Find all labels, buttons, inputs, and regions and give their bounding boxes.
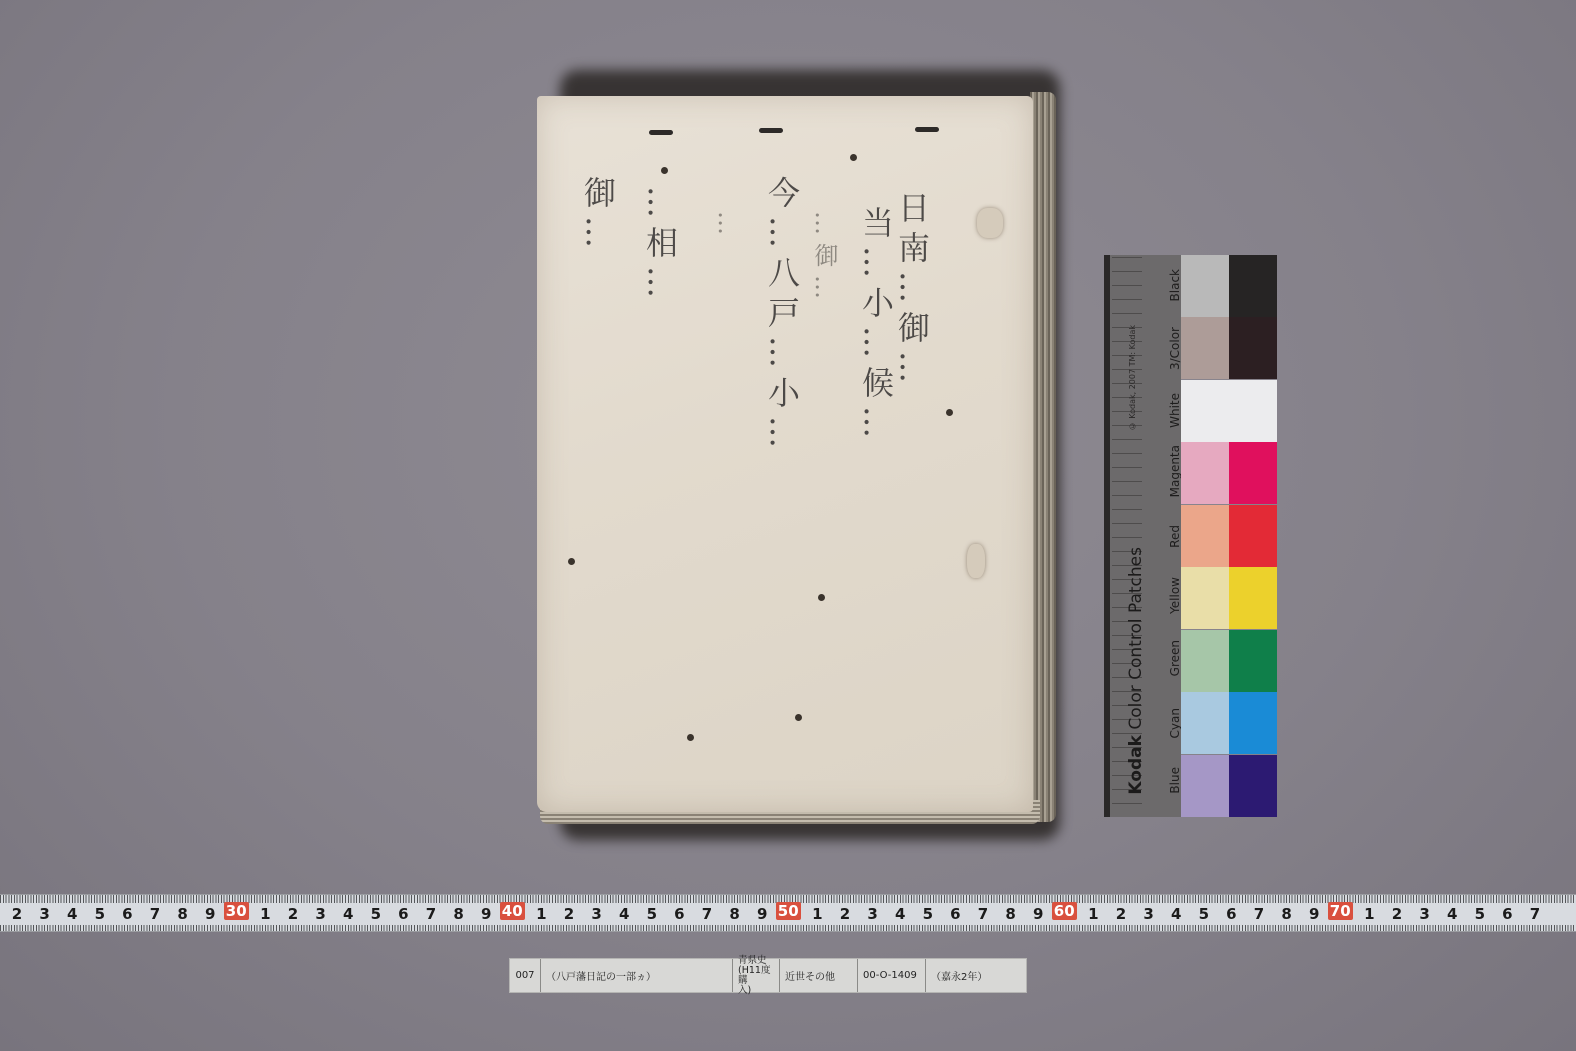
kodak-color-control-card: Kodak Color Control Patches © Kodak, 200… bbox=[1104, 255, 1277, 817]
tape-tick-label: 1 bbox=[533, 905, 549, 923]
tape-tick-label: 1 bbox=[1361, 905, 1377, 923]
tape-tick-label: 2 bbox=[285, 905, 301, 923]
text-column: … bbox=[713, 211, 741, 791]
paper-twist-knot bbox=[967, 544, 985, 578]
tape-tick-label: 4 bbox=[1168, 905, 1184, 923]
tape-tick-label: 4 bbox=[1444, 905, 1460, 923]
tape-tick-label: 9 bbox=[754, 905, 770, 923]
tape-tick-label: 6 bbox=[119, 905, 135, 923]
tape-tick-label: 2 bbox=[1113, 905, 1129, 923]
color-patch-black-dark bbox=[1229, 255, 1277, 317]
color-patch-red-dark bbox=[1229, 505, 1277, 567]
tape-tick-label: 9 bbox=[1030, 905, 1046, 923]
color-patch-green-light bbox=[1181, 630, 1229, 692]
tape-tick-label: 8 bbox=[175, 905, 191, 923]
color-patch-yellow-light bbox=[1181, 567, 1229, 629]
tape-tick-label: 9 bbox=[202, 905, 218, 923]
label-category: 近世その他 bbox=[780, 959, 858, 992]
tape-tick-label: 7 bbox=[699, 905, 715, 923]
label-source: 青県史 (H11度購 入) bbox=[733, 959, 780, 992]
tape-major-mark: 40 bbox=[500, 902, 525, 920]
patch-label-3color: 3/Color bbox=[1168, 327, 1182, 370]
tape-tick-label: 4 bbox=[340, 905, 356, 923]
stitch-hole bbox=[568, 558, 575, 565]
tape-tick-label: 7 bbox=[147, 905, 163, 923]
color-patch-green-dark bbox=[1229, 630, 1277, 692]
tape-tick-label: 7 bbox=[975, 905, 991, 923]
text-column: 当…小…候… bbox=[853, 206, 899, 826]
color-patch-red-light bbox=[1181, 505, 1229, 567]
label-title: （八戸藩日記の一部ヵ） bbox=[541, 959, 733, 992]
tape-tick-label: 8 bbox=[1279, 905, 1295, 923]
tape-tick-label: 3 bbox=[313, 905, 329, 923]
tape-major-mark: 70 bbox=[1328, 902, 1353, 920]
binding-mark bbox=[649, 130, 673, 135]
label-date: （嘉永2年） bbox=[926, 959, 1026, 992]
tape-tick-label: 6 bbox=[1499, 905, 1515, 923]
document-page-edges bbox=[1030, 92, 1056, 822]
tape-tick-label: 1 bbox=[809, 905, 825, 923]
tape-tick-label: 2 bbox=[1389, 905, 1405, 923]
tape-tick-label: 5 bbox=[1196, 905, 1212, 923]
color-patch-cyan-dark bbox=[1229, 692, 1277, 754]
kodak-gray-strip: Kodak Color Control Patches © Kodak, 200… bbox=[1104, 255, 1181, 817]
stitch-hole bbox=[946, 409, 953, 416]
measuring-tape: 2345678930123456789401234567895012345678… bbox=[0, 894, 1576, 932]
text-column: 今…八戸…小… bbox=[759, 176, 805, 816]
patch-label-black: Black bbox=[1168, 269, 1182, 301]
kodak-brand-title: Kodak Color Control Patches bbox=[1126, 547, 1146, 795]
tape-tick-label: 4 bbox=[616, 905, 632, 923]
binding-mark bbox=[915, 127, 939, 132]
paper-twist-knot bbox=[977, 208, 1003, 238]
color-patch-magenta-light bbox=[1181, 442, 1229, 504]
color-patch-cyan-light bbox=[1181, 692, 1229, 754]
catalog-label-card: 007 （八戸藩日記の一部ヵ） 青県史 (H11度購 入) 近世その他 00-O… bbox=[509, 958, 1027, 993]
text-column: 御… bbox=[575, 176, 621, 736]
label-code: 00-O-1409 bbox=[858, 959, 926, 992]
tape-tick-label: 4 bbox=[64, 905, 80, 923]
tape-tick-label: 1 bbox=[257, 905, 273, 923]
tape-tick-label: 5 bbox=[920, 905, 936, 923]
tape-tick-label: 3 bbox=[1417, 905, 1433, 923]
tape-major-mark: 50 bbox=[776, 902, 801, 920]
patch-label-cyan: Cyan bbox=[1168, 708, 1182, 738]
color-patch-black-light bbox=[1181, 255, 1229, 317]
tape-tick-label: 2 bbox=[837, 905, 853, 923]
text-column: …相… bbox=[637, 186, 683, 826]
tape-major-mark: 30 bbox=[224, 902, 249, 920]
color-patch-3color-dark bbox=[1229, 317, 1277, 379]
color-patch-blue-dark bbox=[1229, 755, 1277, 817]
color-patch-blue-light bbox=[1181, 755, 1229, 817]
color-patch-3color-light bbox=[1181, 317, 1229, 379]
tape-tick-label: 9 bbox=[1306, 905, 1322, 923]
tape-tick-label: 8 bbox=[1003, 905, 1019, 923]
tape-tick-label: 3 bbox=[589, 905, 605, 923]
document-page: 日南…御… 当…小…候… …御… 今…八戸…小… … …相… 御… bbox=[537, 96, 1033, 812]
text-column: …御… bbox=[807, 211, 842, 791]
color-patch-white bbox=[1181, 380, 1277, 442]
tape-ticks bbox=[0, 925, 1576, 931]
tape-tick-label: 7 bbox=[423, 905, 439, 923]
tape-tick-label: 5 bbox=[1472, 905, 1488, 923]
tape-tick-label: 7 bbox=[1251, 905, 1267, 923]
tape-tick-label: 7 bbox=[1527, 905, 1543, 923]
tape-major-mark: 60 bbox=[1052, 902, 1077, 920]
stitch-hole bbox=[661, 167, 668, 174]
tape-tick-label: 5 bbox=[368, 905, 384, 923]
binding-mark bbox=[759, 128, 783, 133]
patch-label-white: White bbox=[1168, 393, 1182, 428]
color-patch-yellow-dark bbox=[1229, 567, 1277, 629]
kodak-copyright: © Kodak, 2007 TM: Kodak bbox=[1128, 325, 1137, 430]
tape-tick-label: 3 bbox=[37, 905, 53, 923]
patch-label-green: Green bbox=[1168, 640, 1182, 676]
tape-tick-label: 3 bbox=[865, 905, 881, 923]
tape-tick-label: 6 bbox=[947, 905, 963, 923]
patch-label-red: Red bbox=[1168, 525, 1182, 548]
patch-label-yellow: Yellow bbox=[1168, 577, 1182, 614]
tape-tick-label: 2 bbox=[561, 905, 577, 923]
stitch-hole bbox=[687, 734, 694, 741]
patch-label-blue: Blue bbox=[1168, 767, 1182, 794]
tape-tick-label: 5 bbox=[92, 905, 108, 923]
tape-tick-label: 6 bbox=[671, 905, 687, 923]
tape-tick-label: 6 bbox=[1223, 905, 1239, 923]
patch-label-magenta: Magenta bbox=[1168, 445, 1182, 497]
tape-tick-label: 8 bbox=[451, 905, 467, 923]
tape-tick-label: 1 bbox=[1085, 905, 1101, 923]
tape-tick-label: 8 bbox=[727, 905, 743, 923]
tape-tick-label: 4 bbox=[892, 905, 908, 923]
tape-tick-label: 9 bbox=[478, 905, 494, 923]
tape-tick-label: 6 bbox=[395, 905, 411, 923]
tape-tick-label: 2 bbox=[9, 905, 25, 923]
tape-tick-label: 3 bbox=[1141, 905, 1157, 923]
label-number: 007 bbox=[510, 959, 541, 992]
tape-tick-label: 5 bbox=[644, 905, 660, 923]
color-patch-magenta-dark bbox=[1229, 442, 1277, 504]
stitch-hole bbox=[850, 154, 857, 161]
